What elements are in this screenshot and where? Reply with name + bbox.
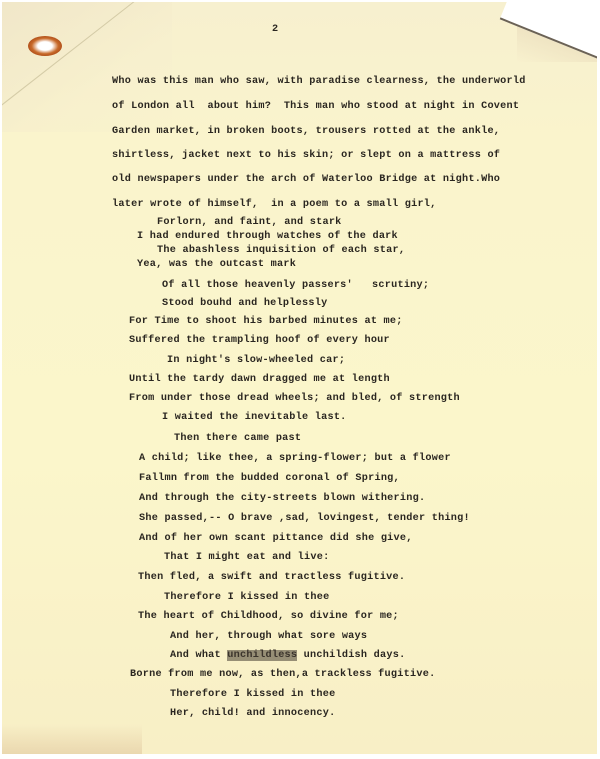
poem-line: She passed,-- O brave ,sad, lovingest, t… bbox=[139, 513, 470, 524]
poem-line: Her, child! and innocency. bbox=[170, 708, 335, 719]
rust-stain bbox=[28, 36, 62, 56]
poem-line-text: From under those dread wheels; and bled,… bbox=[129, 393, 460, 404]
prose-line: old newspapers under the arch of Waterlo… bbox=[112, 174, 500, 185]
poem-line: Fallmn from the budded coronal of Spring… bbox=[139, 473, 400, 484]
poem-line-text: I waited the inevitable last. bbox=[162, 412, 347, 423]
poem-line-text: Suffered the trampling hoof of every hou… bbox=[129, 335, 390, 346]
poem-line-text: Then fled, a swift and tractless fugitiv… bbox=[138, 572, 405, 583]
poem-line-text: Of all those heavenly passers' scrutiny; bbox=[162, 280, 429, 291]
paper-fold-shading bbox=[2, 2, 172, 132]
poem-line-text: Then there came past bbox=[174, 433, 301, 444]
poem-line-text: And of her own scant pittance did she gi… bbox=[139, 533, 413, 544]
poem-line: A child; like thee, a spring-flower; but… bbox=[139, 453, 451, 464]
poem-line: In night's slow-wheeled car; bbox=[167, 355, 345, 366]
poem-line: For Time to shoot his barbed minutes at … bbox=[129, 316, 403, 327]
poem-line: I waited the inevitable last. bbox=[162, 412, 347, 423]
poem-line-text: She passed,-- O brave ,sad, lovingest, t… bbox=[139, 513, 470, 524]
poem-line: The abashless inquisition of each star, bbox=[157, 245, 405, 256]
poem-line-text: That I might eat and live: bbox=[164, 552, 329, 563]
poem-line-text: And through the city-streets blown withe… bbox=[139, 493, 425, 504]
prose-line: Who was this man who saw, with paradise … bbox=[112, 76, 526, 87]
poem-line-text: Fallmn from the budded coronal of Spring… bbox=[139, 473, 400, 484]
poem-line: Until the tardy dawn dragged me at lengt… bbox=[129, 374, 390, 385]
poem-line: Then fled, a swift and tractless fugitiv… bbox=[138, 572, 405, 583]
poem-line-text: In night's slow-wheeled car; bbox=[167, 355, 345, 366]
poem-line-text: Yea, was the outcast mark bbox=[137, 259, 296, 270]
poem-line: Then there came past bbox=[174, 433, 301, 444]
poem-line: And what unchildless unchildish days. bbox=[170, 650, 405, 661]
poem-line-text: The abashless inquisition of each star, bbox=[157, 245, 405, 256]
document-page: 2 Who was this man who saw, with paradis… bbox=[2, 2, 597, 754]
poem-line-text: Therefore I kissed in thee bbox=[164, 592, 329, 603]
page-number: 2 bbox=[272, 24, 278, 35]
prose-line: later wrote of himself, in a poem to a s… bbox=[112, 199, 437, 210]
poem-line-text: The heart of Childhood, so divine for me… bbox=[138, 611, 399, 622]
water-stain bbox=[2, 724, 142, 754]
poem-line-text: Her, child! and innocency. bbox=[170, 708, 335, 719]
poem-line: That I might eat and live: bbox=[164, 552, 329, 563]
poem-line-text: For Time to shoot his barbed minutes at … bbox=[129, 316, 403, 327]
poem-line-text: Borne from me now, as then,a trackless f… bbox=[130, 669, 435, 680]
poem-line: Therefore I kissed in thee bbox=[164, 592, 329, 603]
poem-line: I had endured through watches of the dar… bbox=[137, 231, 398, 242]
poem-line: Stood bouhd and helplessly bbox=[162, 298, 327, 309]
poem-line-text: And what bbox=[170, 650, 227, 661]
poem-line: Of all those heavenly passers' scrutiny; bbox=[162, 280, 429, 291]
poem-line: Borne from me now, as then,a trackless f… bbox=[130, 669, 435, 680]
poem-line-text: A child; like thee, a spring-flower; but… bbox=[139, 453, 451, 464]
poem-line: And of her own scant pittance did she gi… bbox=[139, 533, 413, 544]
poem-line-text: Forlorn, and faint, and stark bbox=[157, 217, 342, 228]
poem-line: Suffered the trampling hoof of every hou… bbox=[129, 335, 390, 346]
prose-line: Garden market, in broken boots, trousers… bbox=[112, 126, 500, 137]
poem-line-text: Therefore I kissed in thee bbox=[170, 689, 335, 700]
poem-line-text: And her, through what sore ways bbox=[170, 631, 367, 642]
poem-line: Yea, was the outcast mark bbox=[137, 259, 296, 270]
prose-line: of London all about him? This man who st… bbox=[112, 101, 519, 112]
poem-line: The heart of Childhood, so divine for me… bbox=[138, 611, 399, 622]
prose-line: shirtless, jacket next to his skin; or s… bbox=[112, 150, 500, 161]
poem-line-text: Stood bouhd and helplessly bbox=[162, 298, 327, 309]
poem-line: Forlorn, and faint, and stark bbox=[157, 217, 342, 228]
poem-line-text: Until the tardy dawn dragged me at lengt… bbox=[129, 374, 390, 385]
poem-line-text: I had endured through watches of the dar… bbox=[137, 231, 398, 242]
poem-line: From under those dread wheels; and bled,… bbox=[129, 393, 460, 404]
struck-out-word: unchildless bbox=[227, 650, 297, 661]
poem-line-continuation: unchildish days. bbox=[297, 650, 405, 661]
poem-line: Therefore I kissed in thee bbox=[170, 689, 335, 700]
poem-line: And through the city-streets blown withe… bbox=[139, 493, 425, 504]
poem-line: And her, through what sore ways bbox=[170, 631, 367, 642]
